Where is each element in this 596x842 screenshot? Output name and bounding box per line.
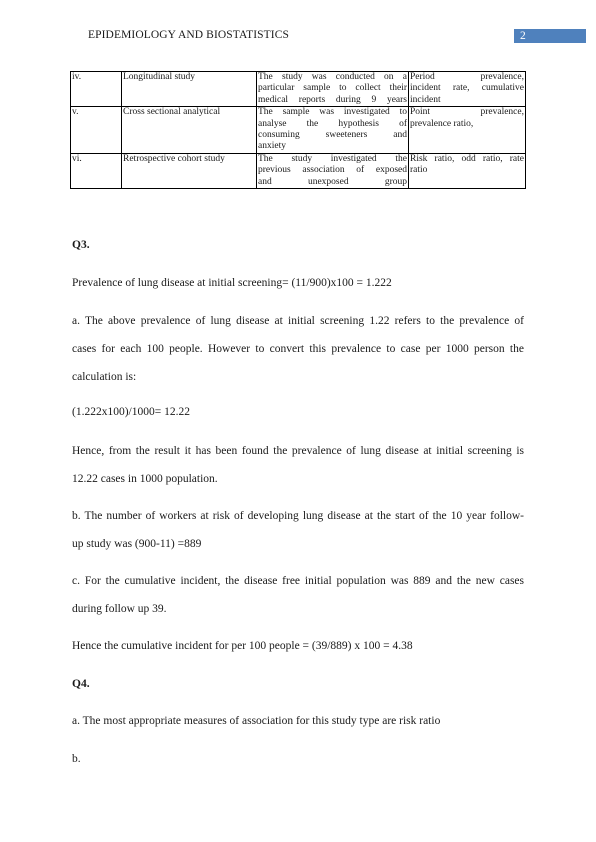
table-row: vi.Retrospective cohort studyThe study i… — [71, 153, 526, 188]
q3-a-line-1: a. The above prevalence of lung disease … — [72, 314, 524, 328]
measures-line: incident — [410, 95, 524, 106]
q3-c-line-1: c. For the cumulative incident, the dise… — [72, 574, 524, 588]
q4-heading: Q4. — [72, 677, 524, 691]
table-row: v.Cross sectional analyticalThe sample w… — [71, 107, 526, 154]
cell-number: vi. — [71, 153, 122, 188]
q3-hence: Hence, from the result it has been found… — [72, 444, 524, 486]
cell-study-type: Cross sectional analytical — [122, 107, 257, 154]
q3-heading: Q3. — [72, 238, 524, 252]
table-row: iv.Longitudinal studyThe study was condu… — [71, 72, 526, 107]
description-line: anxiety — [258, 141, 407, 152]
measures-line: Risk ratio, odd ratio, rate — [410, 154, 524, 165]
header-title: EPIDEMIOLOGY AND BIOSTATISTICS — [88, 29, 289, 41]
cell-study-type: Retrospective cohort study — [122, 153, 257, 188]
measures-line: incident rate, cumulative — [410, 83, 524, 94]
study-types-table: iv.Longitudinal studyThe study was condu… — [70, 71, 526, 189]
measures-line: Period prevalence, — [410, 72, 524, 83]
cell-description: The study investigated theprevious assoc… — [257, 153, 409, 188]
measures-line: ratio — [410, 165, 524, 176]
cell-description: The sample was investigated toanalyse th… — [257, 107, 409, 154]
cell-number: iv. — [71, 72, 122, 107]
description-line: previous association of exposed — [258, 165, 407, 176]
q3-a-line-2: cases for each 100 people. However to co… — [72, 342, 524, 356]
page-number-badge: 2 — [514, 29, 586, 43]
cell-description: The study was conducted on aparticular s… — [257, 72, 409, 107]
description-line: The study was conducted on a — [258, 72, 407, 83]
measures-line: Point prevalence, — [410, 107, 524, 118]
q3-prevalence: Prevalence of lung disease at initial sc… — [72, 276, 524, 290]
description-line: The sample was investigated to — [258, 107, 407, 118]
q3-part-a: a. The above prevalence of lung disease … — [72, 314, 524, 384]
q3-b-line-2: up study was (900-11) =889 — [72, 537, 524, 551]
description-line: medical reports during 9 years — [258, 95, 407, 106]
q3-cumulative: Hence the cumulative incident for per 10… — [72, 639, 524, 653]
measures-line: prevalence ratio, — [410, 119, 524, 130]
q3-c-line-2: during follow up 39. — [72, 602, 524, 616]
q4-part-b: b. — [72, 752, 524, 766]
q4-part-a: a. The most appropriate measures of asso… — [72, 714, 524, 728]
page-number: 2 — [520, 29, 526, 43]
q3-hence-line-1: Hence, from the result it has been found… — [72, 444, 524, 458]
q3-b-line-1: b. The number of workers at risk of deve… — [72, 509, 524, 523]
description-line: consuming sweeteners and — [258, 130, 407, 141]
q3-part-c: c. For the cumulative incident, the dise… — [72, 574, 524, 616]
cell-measures: Period prevalence,incident rate, cumulat… — [409, 72, 526, 107]
cell-number: v. — [71, 107, 122, 154]
q3-calc: (1.222x100)/1000= 12.22 — [72, 405, 524, 419]
cell-measures: Risk ratio, odd ratio, rateratio — [409, 153, 526, 188]
description-line: particular sample to collect their — [258, 83, 407, 94]
description-line: The study investigated the — [258, 154, 407, 165]
description-line: analyse the hypothesis of — [258, 119, 407, 130]
q3-part-b: b. The number of workers at risk of deve… — [72, 509, 524, 551]
description-line: and unexposed group — [258, 177, 407, 188]
cell-measures: Point prevalence,prevalence ratio, — [409, 107, 526, 154]
q3-a-line-3: calculation is: — [72, 370, 524, 384]
cell-study-type: Longitudinal study — [122, 72, 257, 107]
q3-hence-line-2: 12.22 cases in 1000 population. — [72, 472, 524, 486]
